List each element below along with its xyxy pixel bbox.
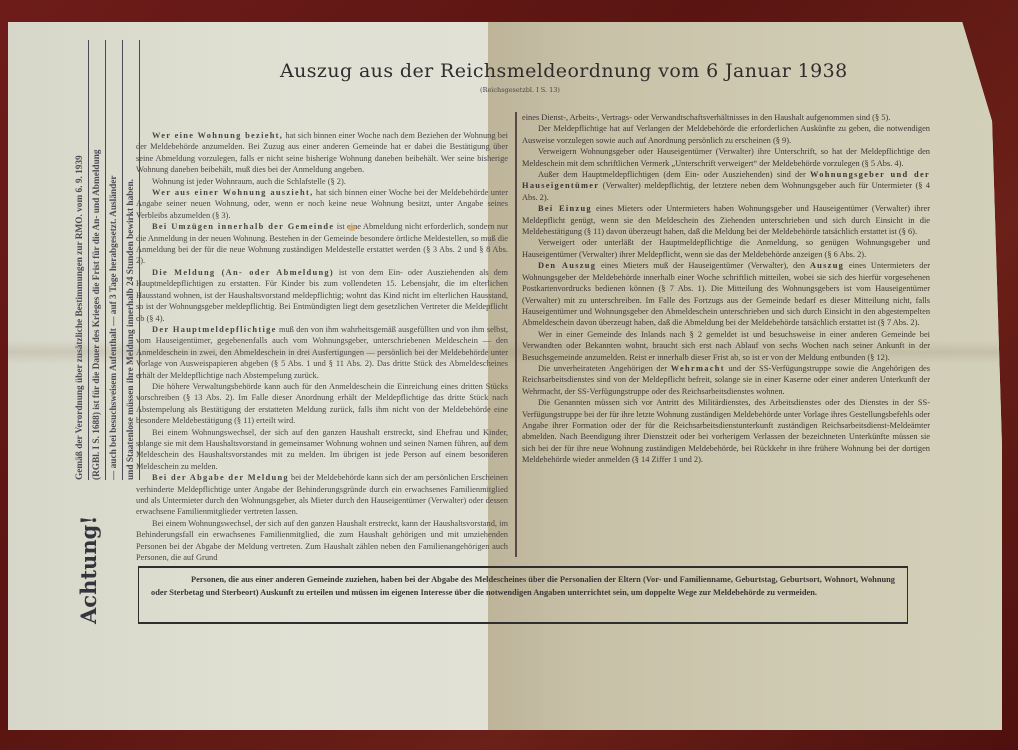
- emphasized-term: Wohnungsgeber und der Hauseigentümer: [522, 170, 930, 190]
- paragraph: Bei Einzug eines Mieters oder Untermiete…: [522, 203, 930, 237]
- document-subtitle: (Reichsgesetzbl. I S. 13): [460, 86, 580, 94]
- paragraph: Der Hauptmeldepflichtige muß den von ihm…: [136, 324, 508, 381]
- paragraph: Der Meldepflichtige hat auf Verlangen de…: [522, 123, 930, 146]
- footer-notice-box: Personen, die aus einer anderen Gemeinde…: [138, 566, 908, 624]
- paragraph: eines Dienst-, Arbeits-, Vertrags- oder …: [522, 112, 930, 123]
- emphasized-lead: Bei Einzug: [538, 204, 592, 213]
- notice-line: Gemäß der Verordnung über zusätzliche Be…: [72, 40, 89, 480]
- paragraph: Die unverheirateten Angehörigen der Wehr…: [522, 363, 930, 397]
- emphasized-lead: Den Auszug: [538, 261, 596, 270]
- paragraph: Bei einem Wohnungswechsel, der sich auf …: [136, 427, 508, 473]
- column-divider: [515, 112, 517, 557]
- emphasized-lead: Der Hauptmeldepflichtige: [152, 325, 277, 334]
- document-content: Auszug aus der Reichsmeldeordnung vom 6 …: [0, 0, 1018, 750]
- paragraph: Die höhere Verwaltungsbehörde kann auch …: [136, 381, 508, 427]
- paragraph: Den Auszug eines Mieters muß der Hauseig…: [522, 260, 930, 328]
- achtung-heading: Achtung!: [76, 500, 116, 640]
- emphasized-lead: Wer eine Wohnung bezieht,: [152, 131, 283, 140]
- paragraph: Bei einem Wohnungswechsel, der sich auf …: [136, 518, 508, 564]
- paragraph: Wohnung ist jeder Wohnraum, auch die Sch…: [136, 176, 508, 187]
- document-title: Auszug aus der Reichsmeldeordnung vom 6 …: [280, 60, 760, 82]
- paragraph: Wer in einer Gemeinde des Inlands nach §…: [522, 329, 930, 363]
- paragraph: Bei der Abgabe der Meldung bei der Melde…: [136, 472, 508, 518]
- emphasized-lead: Bei Umzügen innerhalb der Gemeinde: [152, 222, 334, 231]
- paragraph: Wer aus einer Wohnung auszieht, hat sich…: [136, 187, 508, 221]
- wartime-notice: Gemäß der Verordnung über zusätzliche Be…: [72, 40, 140, 480]
- paragraph: Bei Umzügen innerhalb der Gemeinde ist e…: [136, 221, 508, 267]
- emphasized-term: Auszug: [810, 261, 844, 270]
- paragraph: Außer dem Hauptmeldepflichtigen (dem Ein…: [522, 169, 930, 203]
- paragraph: Wer eine Wohnung bezieht, hat sich binne…: [136, 130, 508, 176]
- notice-line: — auch bei besuchsweisem Aufenthalt — au…: [106, 40, 123, 480]
- paper-stain: [348, 225, 356, 231]
- paragraph: Die Meldung (An- oder Abmeldung) ist von…: [136, 267, 508, 324]
- emphasized-lead: Wer aus einer Wohnung auszieht,: [152, 188, 313, 197]
- emphasized-term: Wehrmacht: [671, 364, 725, 373]
- paragraph: Verweigert oder unterläßt der Hauptmelde…: [522, 237, 930, 260]
- left-column: Wer eine Wohnung bezieht, hat sich binne…: [136, 130, 508, 563]
- footer-notice: Personen, die aus einer anderen Gemeinde…: [151, 574, 895, 599]
- paragraph: Verweigern Wohnungsgeber oder Hauseigent…: [522, 146, 930, 169]
- emphasized-lead: Bei der Abgabe der Meldung: [152, 473, 289, 482]
- paragraph: Die Genannten müssen sich vor Antritt de…: [522, 397, 930, 465]
- right-column: eines Dienst-, Arbeits-, Vertrags- oder …: [522, 112, 930, 466]
- notice-line: (RGBl. I S. 1688) ist für die Dauer des …: [89, 40, 106, 480]
- emphasized-lead: Die Meldung (An- oder Abmeldung): [152, 268, 334, 277]
